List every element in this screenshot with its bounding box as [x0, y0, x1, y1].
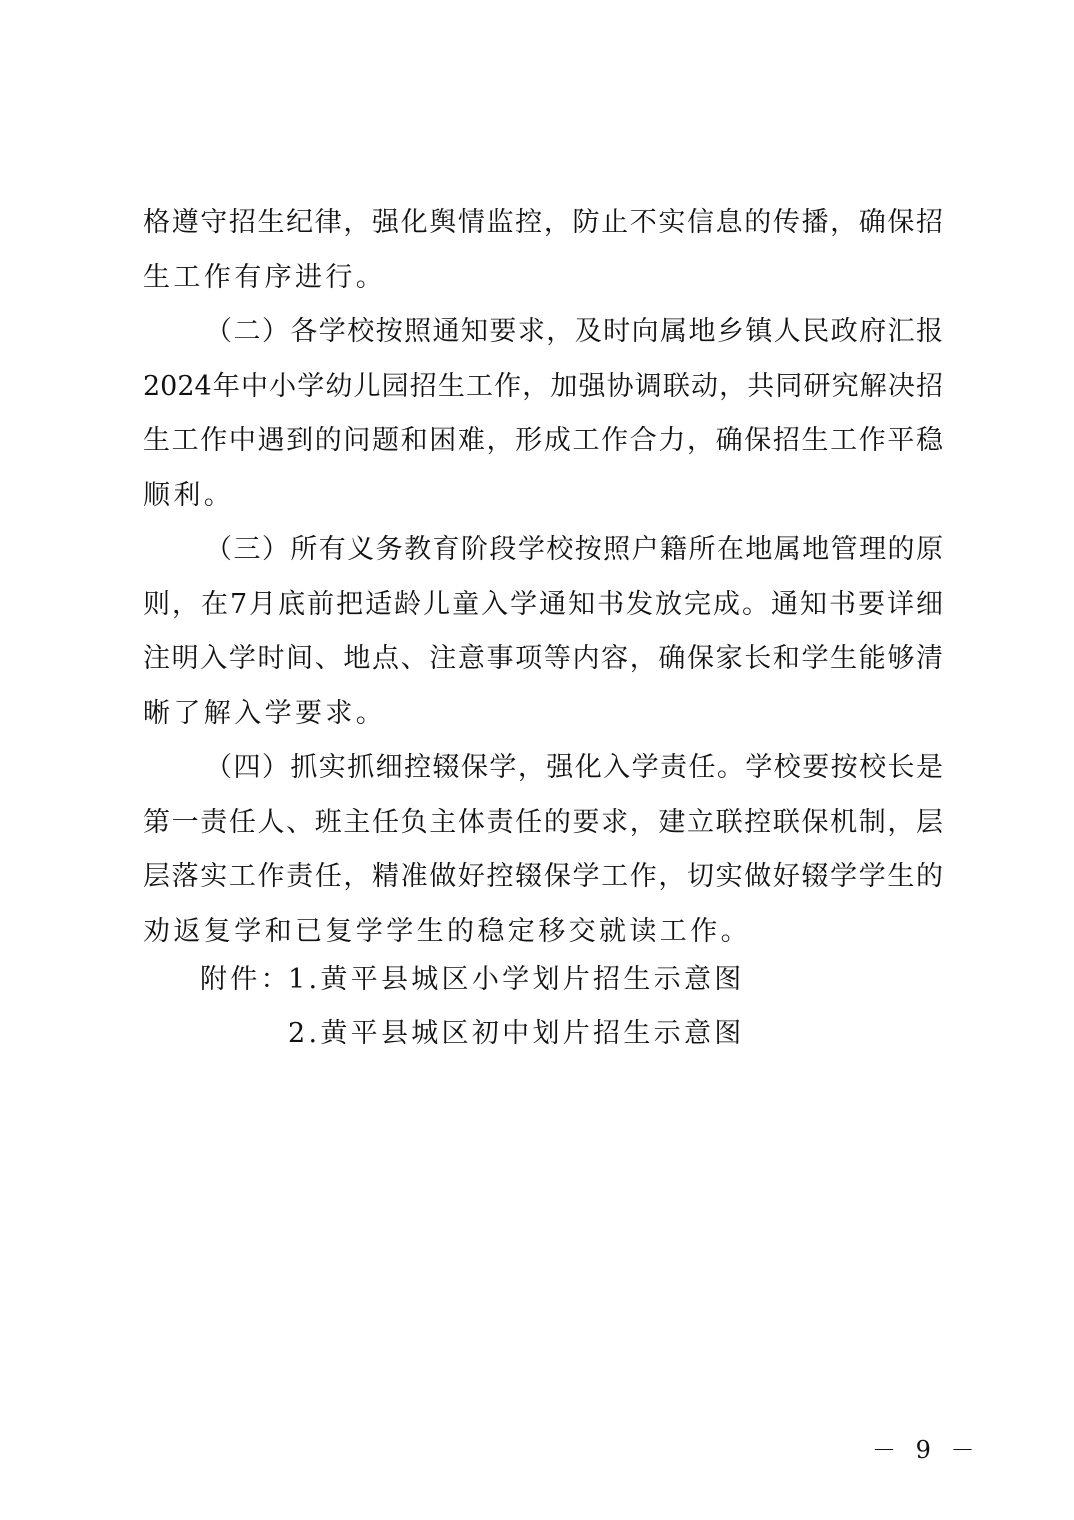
- page-number: － 9 －: [872, 1430, 981, 1465]
- paragraph-line: 顺利。: [143, 469, 943, 524]
- paragraph-line: 2024年中小学幼儿园招生工作，加强协调联动，共同研究解决招: [143, 360, 943, 415]
- attachment-title: 1.黄平县城区小学划片招生示意图: [288, 964, 745, 995]
- paragraph-line: 第一责任人、班主任负主体责任的要求，建立联控联保机制，层: [143, 796, 943, 851]
- paragraph-line: 生工作有序进行。: [143, 251, 943, 306]
- document-page: 格遵守招生纪律，强化舆情监控，防止不实信息的传播，确保招 生工作有序进行。 （二…: [0, 0, 1074, 1520]
- attachment-item: 2.黄平县城区初中划片招生示意图: [200, 1007, 760, 1061]
- paragraph-line: 晰了解入学要求。: [143, 687, 943, 742]
- attachment-item: 附件：1.黄平县城区小学划片招生示意图: [200, 953, 760, 1007]
- paragraph-line: 生工作中遇到的问题和困难，形成工作合力，确保招生工作平稳: [143, 414, 943, 469]
- attachments-section: 附件：1.黄平县城区小学划片招生示意图 2.黄平县城区初中划片招生示意图: [200, 953, 760, 1061]
- attachment-title: 2.黄平县城区初中划片招生示意图: [288, 1018, 745, 1049]
- document-body: 格遵守招生纪律，强化舆情监控，防止不实信息的传播，确保招 生工作有序进行。 （二…: [143, 196, 943, 959]
- attachments-label: 附件：: [200, 953, 288, 1007]
- paragraph-line: （四）抓实抓细控辍保学，强化入学责任。学校要按校长是: [143, 741, 943, 796]
- paragraph-line: （三）所有义务教育阶段学校按照户籍所在地属地管理的原: [143, 523, 943, 578]
- paragraph-line: （二）各学校按照通知要求，及时向属地乡镇人民政府汇报: [143, 305, 943, 360]
- paragraph-line: 注明入学时间、地点、注意事项等内容，确保家长和学生能够清: [143, 632, 943, 687]
- paragraph-line: 格遵守招生纪律，强化舆情监控，防止不实信息的传播，确保招: [143, 196, 943, 251]
- paragraph-line: 层落实工作责任，精准做好控辍保学工作，切实做好辍学学生的: [143, 850, 943, 905]
- paragraph-line: 则，在7月底前把适龄儿童入学通知书发放完成。通知书要详细: [143, 578, 943, 633]
- paragraph-line: 劝返复学和已复学学生的稳定移交就读工作。: [143, 905, 943, 960]
